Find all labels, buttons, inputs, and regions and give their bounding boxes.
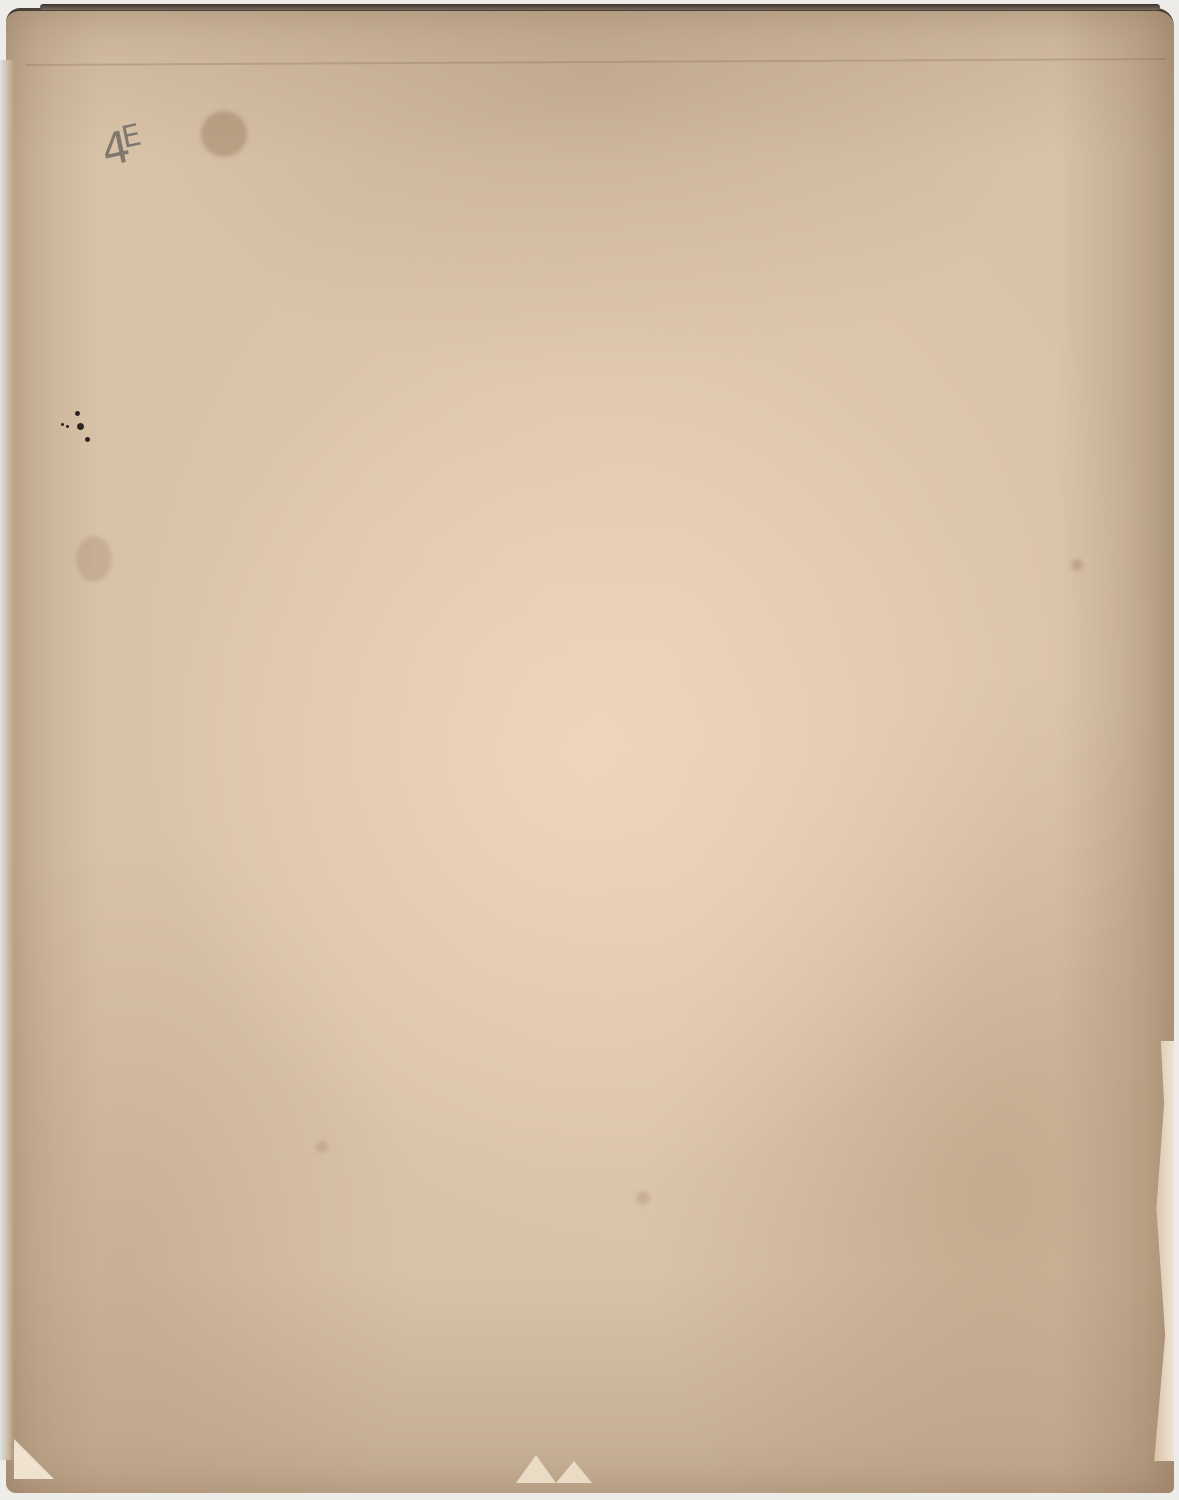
damaged-right-edge xyxy=(1152,1041,1174,1461)
water-stain xyxy=(76,536,112,582)
top-page-edge xyxy=(40,4,1160,10)
fold-crease xyxy=(26,58,1166,66)
torn-edge-bottom xyxy=(556,1461,592,1483)
left-binding-edge xyxy=(0,60,14,1460)
foxing-spot xyxy=(316,1141,328,1153)
scanned-page: 4E xyxy=(0,0,1179,1500)
torn-corner-bottom-left xyxy=(14,1439,54,1479)
paper-sheet: 4E xyxy=(6,8,1174,1493)
torn-edge-bottom xyxy=(516,1455,556,1483)
foxing-spot xyxy=(636,1191,650,1205)
foxing-spot xyxy=(1071,559,1083,571)
ink-spatter xyxy=(61,411,101,451)
water-stain xyxy=(201,111,247,157)
pencil-annotation: 4E xyxy=(97,120,142,177)
